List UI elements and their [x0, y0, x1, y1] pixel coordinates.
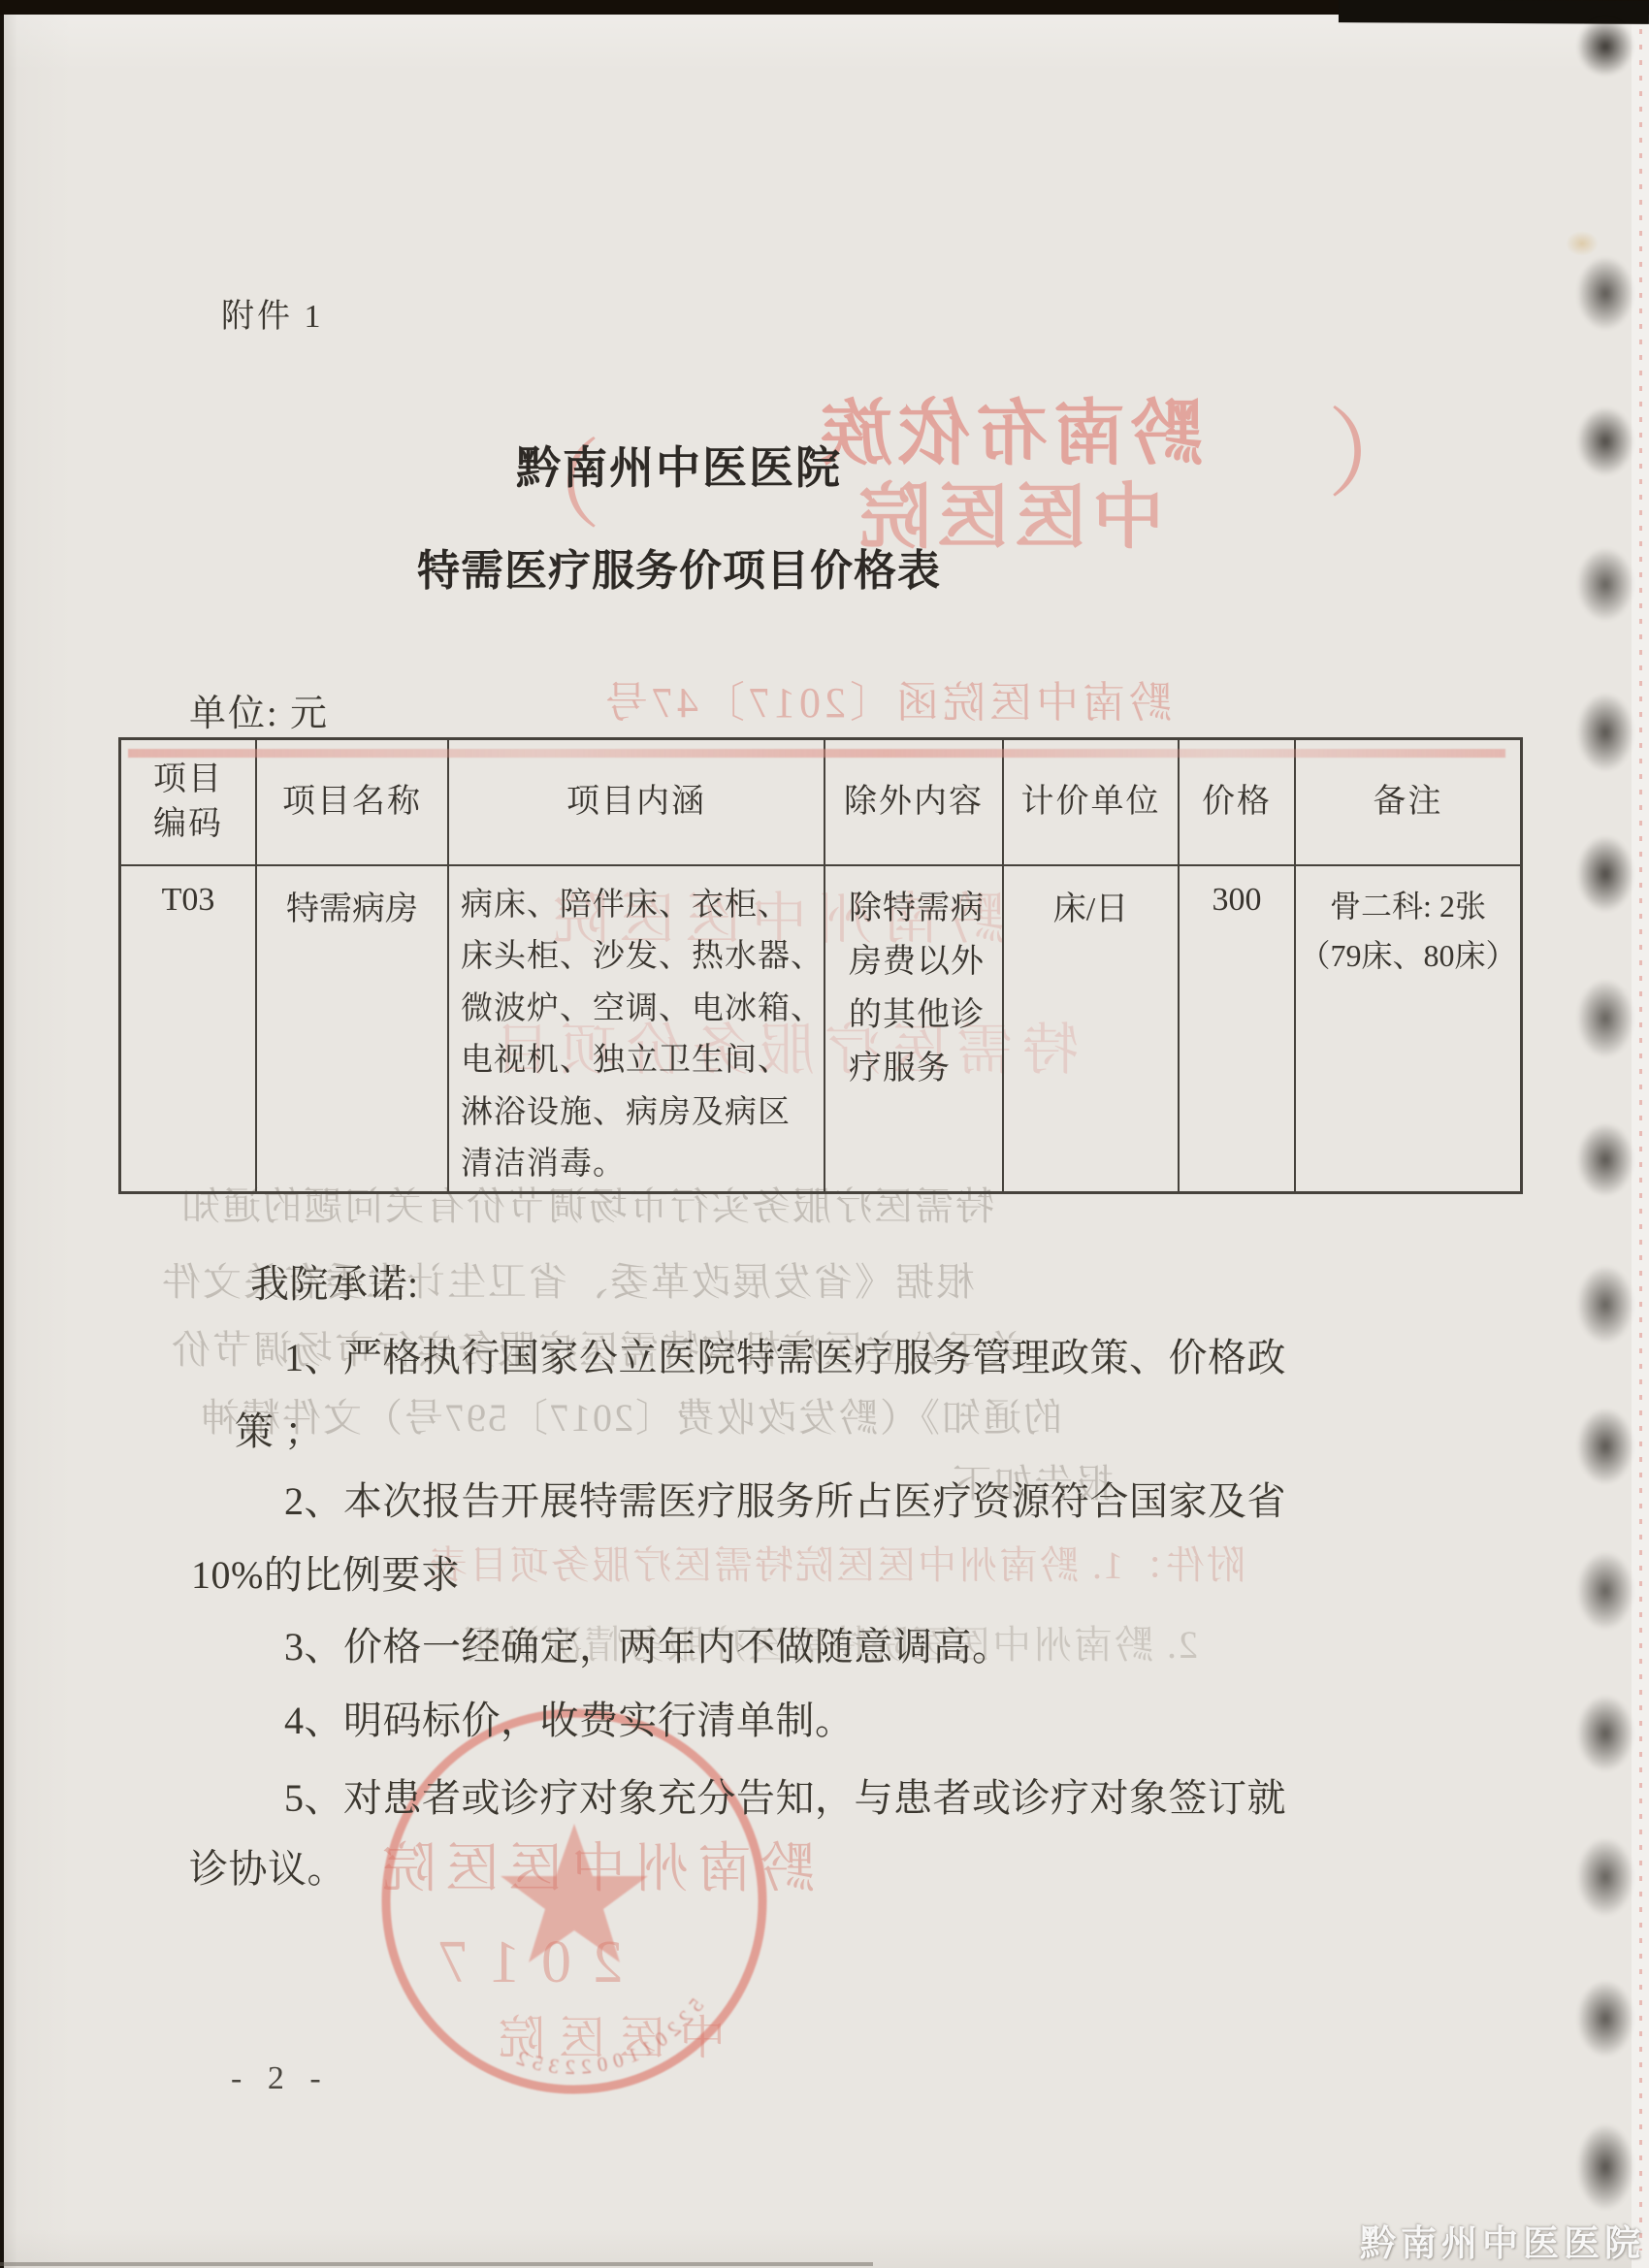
paper-stain — [1566, 231, 1599, 256]
edge-smudge — [1577, 694, 1633, 771]
edge-smudge — [1577, 17, 1633, 76]
price-table: 项目编码 项目名称 项目内涵 除外内容 计价单位 价格 备注 T03 特需病房 … — [118, 737, 1523, 1194]
commitment-line: 2、本次报告开展特需医疗服务所占医疗资源符合国家及省 — [284, 1471, 1286, 1526]
col-header-code: 项目编码 — [121, 740, 257, 866]
cell-remark: 骨二科: 2张（79床、80床） — [1296, 866, 1520, 1191]
cell-exclusions: 除特需病房费以外的其他诊疗服务 — [825, 866, 1004, 1191]
commitment-line: 1、严格执行国家公立医院特需医疗服务管理政策、价格政 — [284, 1327, 1286, 1382]
cell-price: 300 — [1180, 866, 1296, 1191]
document-title: 黔南州中医医院 特需医疗服务价项目价格表 — [233, 433, 1125, 598]
scan-edge-red-dots — [1639, 29, 1642, 2251]
commitments-heading: 我院承诺: — [250, 1253, 419, 1309]
page-number: - 2 - — [231, 2060, 330, 2097]
commitment-line: 10%的比例要求 — [191, 1544, 460, 1600]
col-header-exclusions: 除外内容 — [825, 740, 1004, 866]
cell-pricing-unit: 床/日 — [1004, 866, 1180, 1191]
title-line-1: 黔南州中医医院 — [233, 433, 1125, 497]
commitment-line: 4、明码标价，收费实行清单制。 — [284, 1690, 855, 1745]
col-header-pricing-unit: 计价单位 — [1004, 740, 1180, 866]
red-ink-streak — [128, 749, 1505, 758]
edge-smudge — [1577, 2124, 1633, 2210]
edge-smudge — [1577, 257, 1633, 330]
edge-smudge — [1577, 980, 1633, 1057]
cell-code: T03 — [121, 866, 257, 1191]
scan-bottom-edge — [0, 2262, 873, 2266]
edge-smudge — [1577, 1266, 1633, 1344]
col-header-name: 项目名称 — [257, 740, 449, 866]
edge-smudge — [1577, 1123, 1633, 1196]
edge-smudge — [1577, 1696, 1633, 1771]
edge-smudge — [1577, 1552, 1633, 1630]
commitment-line: 诊协议。 — [189, 1838, 346, 1894]
col-header-remark: 备注 — [1296, 740, 1520, 866]
seal-star-icon — [501, 1824, 648, 1962]
col-header-price: 价格 — [1180, 740, 1296, 866]
title-line-2: 特需医疗服务价项目价格表 — [233, 535, 1125, 598]
unit-label: 单位: 元 — [189, 683, 329, 736]
red-seal-stamp: 5220110022352 — [355, 1690, 793, 2128]
edge-smudge — [1577, 1981, 1633, 2057]
cell-content: 病床、陪伴床、衣柜、床头柜、沙发、热水器、微波炉、空调、电冰箱、电视机、独立卫生… — [449, 866, 825, 1191]
commitment-line: 3、价格一经确定，两年内不做随意调高。 — [284, 1616, 1012, 1671]
edge-smudge — [1577, 836, 1633, 912]
cell-name: 特需病房 — [257, 866, 449, 1191]
commitment-line: 策 ； — [235, 1401, 324, 1456]
commitment-line: 5、对患者或诊疗对象充分告知，与患者或诊疗对象签订就 — [284, 1767, 1286, 1823]
scanned-document-page: { "page": { "attachment_label": "附件 1", … — [0, 0, 1649, 2268]
edge-smudge — [1577, 1838, 1633, 1916]
svg-text:5220110022352: 5220110022352 — [507, 1993, 708, 2079]
col-header-content: 项目内涵 — [449, 740, 825, 866]
edge-smudge — [1577, 1409, 1633, 1484]
edge-smudge — [1577, 548, 1633, 621]
edge-smudge — [1577, 407, 1633, 475]
hospital-watermark: 黔南州中医医院 — [1360, 2214, 1645, 2266]
attachment-label: 附件 1 — [221, 289, 324, 337]
